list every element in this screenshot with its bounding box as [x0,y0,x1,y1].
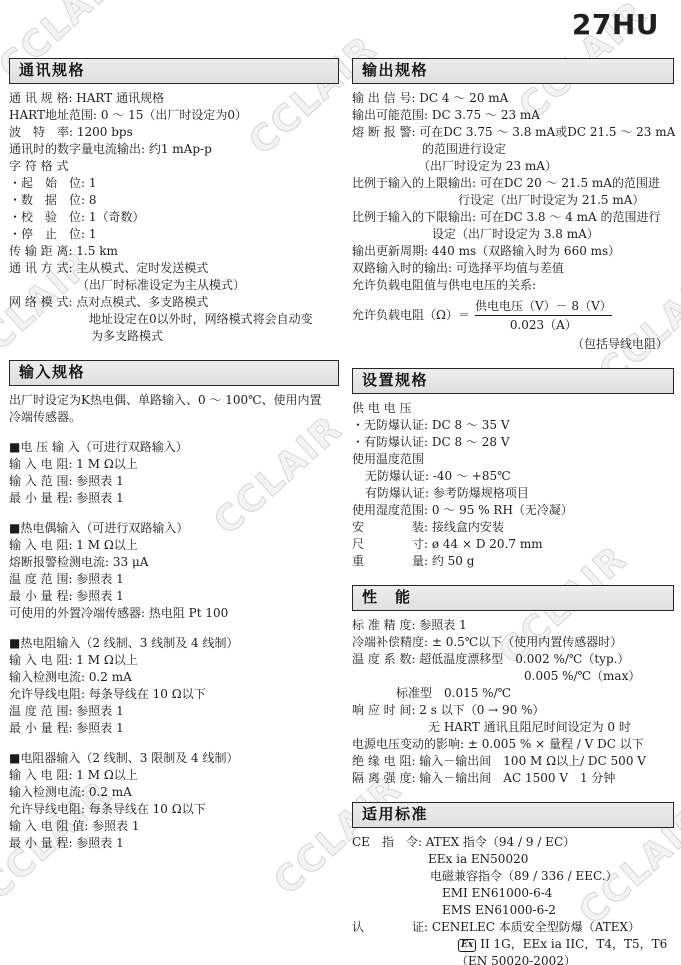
formula-fraction: 供电电压（V）－ 8（V）0.023（A） [475,297,612,334]
section-header: 输出规格 [352,58,674,84]
section-body: 出厂时设定为K热电偶、单路输入、0 ～ 100℃、使用内置冷端传感器。■电 压 … [9,386,339,852]
spec-line: 认 证: CENELEC 本质安全型防爆（ATEX） [352,919,674,936]
load-resistance-formula: 允许负载电阻（Ω）＝供电电压（V）－ 8（V）0.023（A） [352,294,674,336]
spec-line: 通讯时的数字量电流输出: 约1 mAp-p [9,141,339,158]
spec-line: 重 量: 约 50 g [352,553,674,570]
spec-line: 可使用的外置冷端传感器: 热电阻 Pt 100 [9,605,339,622]
section-right-0: 输出规格输 出 信 号: DC 4 ～ 20 mA输出可能范围: DC 3.75… [352,58,674,353]
spec-line: EMI EN61000-6-4 [352,885,674,902]
spec-line: 响 应 时 间: 2 s 以下（0 → 90 %） [352,702,674,719]
section-left-0: 通讯规格通 讯 规 格: HART 通讯规格HART地址范围: 0 ～ 15（出… [9,58,339,345]
spec-line: 标 准 精 度: 参照表 1 [352,617,674,634]
spec-line: ■电 压 输 入（可进行双路输入） [9,439,339,456]
spec-line: CE 指 令: ATEX 指令（94 / 9 / EC） [352,834,674,851]
spec-line: 使用温度范围 [352,451,674,468]
section-body: 标 准 精 度: 参照表 1冷端补偿精度: ± 0.5℃以下（使用内置传感器时）… [352,611,674,787]
spec-line: 的范围进行设定 [352,141,674,158]
spec-line: 通 讯 规 格: HART 通讯规格 [9,90,339,107]
spec-line: 输 出 信 号: DC 4 ～ 20 mA [352,90,674,107]
spec-line: 传 输 距 离: 1.5 km [9,243,339,260]
spec-line: ・数 据 位: 8 [9,192,339,209]
spec-line: 行设定（出厂时设定为 21.5 mA） [352,192,674,209]
spec-line: 允许负载电阻值与供电电压的关系: [352,277,674,294]
section-right-2: 性 能标 准 精 度: 参照表 1冷端补偿精度: ± 0.5℃以下（使用内置传感… [352,585,674,787]
spec-line: 输 入 范 围: 参照表 1 [9,473,339,490]
spec-line: 熔断报警检测电流: 33 μA [9,554,339,571]
spec-line: 无 HART 通讯且阻尼时间设定为 0 时 [352,719,674,736]
spec-line: 电磁兼容指令（89 / 336 / EEC.） [352,868,674,885]
section-body: CE 指 令: ATEX 指令（94 / 9 / EC）EEx ia EN500… [352,828,674,965]
spec-line: ・校 验 位: 1（奇数） [9,209,339,226]
spec-line: 冷端传感器。 [9,409,339,426]
spec-line: 输入检测电流: 0.2 mA [9,669,339,686]
spec-line: ・起 始 位: 1 [9,175,339,192]
spec-line: 0.005 %/℃（max） [352,668,674,685]
atex-ex-mark-icon: Ex [458,939,476,952]
spec-line: 设定（出厂时设定为 3.8 mA） [352,226,674,243]
spec-line: 尺 寸: ø 44 × D 20.7 mm [352,536,674,553]
spec-line: 最 小 量 程: 参照表 1 [9,490,339,507]
spec-line: 允许导线电阻: 每条导线在 10 Ω以下 [9,801,339,818]
paragraph-gap [9,622,339,635]
spec-line: 标准型 0.015 %/℃ [352,685,674,702]
spec-line: 波 特 率: 1200 bps [9,124,339,141]
spec-line: 地址设定在0以外时，网络模式将会自动变 [9,311,339,328]
spec-line: 输 入 电 阻: 1 M Ω以上 [9,767,339,784]
right-column: 输出规格输 出 信 号: DC 4 ～ 20 mA输出可能范围: DC 3.75… [352,58,674,965]
spec-line: 熔 断 报 警: 可在DC 3.75 ～ 3.8 mA或DC 21.5 ～ 23… [352,124,674,141]
spec-line: 绝 缘 电 阻: 输入－输出间 100 M Ω以上/ DC 500 V [352,753,674,770]
paragraph-gap [9,426,339,439]
spec-line: EEx ia EN50020 [352,851,674,868]
formula-numerator: 供电电压（V）－ 8（V） [475,297,612,315]
spec-line: （出厂时标准设定为主从模式） [9,277,339,294]
spec-line: 允许导线电阻: 每条导线在 10 Ω以下 [9,686,339,703]
spec-line: 供 电 电 压 [352,400,674,417]
spec-line: 输 入 电 阻: 1 M Ω以上 [9,652,339,669]
spec-line: 通 讯 方 式: 主从模式、定时发送模式 [9,260,339,277]
section-header: 通讯规格 [9,58,339,84]
spec-line: 隔 离 强 度: 输入－输出间 AC 1500 V 1 分钟 [352,770,674,787]
spec-line: 输 入 电 阻: 1 M Ω以上 [9,456,339,473]
spec-line: 最 小 量 程: 参照表 1 [9,588,339,605]
spec-line: ■热电偶输入（可进行双路输入） [9,520,339,537]
section-header: 性 能 [352,585,674,611]
spec-line: 冷端补偿精度: ± 0.5℃以下（使用内置传感器时） [352,634,674,651]
section-right-1: 设置规格供 电 电 压・无防爆认证: DC 8 ～ 35 V・有防爆认证: DC… [352,368,674,570]
section-left-1: 输入规格出厂时设定为K热电偶、单路输入、0 ～ 100℃、使用内置冷端传感器。■… [9,360,339,852]
spec-line: 出厂时设定为K热电偶、单路输入、0 ～ 100℃、使用内置 [9,392,339,409]
spec-line: ExII 1G，EEx ia IIC，T4，T5，T6 [352,936,674,953]
spec-line: 输入检测电流: 0.2 mA [9,784,339,801]
spec-line: EMS EN61000-6-2 [352,902,674,919]
spec-line: 为多支路模式 [9,328,339,345]
spec-line: 输出更新周期: 440 ms（双路输入时为 660 ms） [352,243,674,260]
section-header: 输入规格 [9,360,339,386]
spec-line: 字 符 格 式 [9,158,339,175]
page-title: 27HU [572,8,659,41]
spec-line: （EN 50020-2002） [352,953,674,965]
spec-line: 最 小 量 程: 参照表 1 [9,720,339,737]
spec-line: 输 入 电 阻: 1 M Ω以上 [9,537,339,554]
spec-line: 有防爆认证: 参考防爆规格项目 [352,485,674,502]
spec-line: 无防爆认证: -40 ～ +85℃ [352,468,674,485]
left-column: 通讯规格通 讯 规 格: HART 通讯规格HART地址范围: 0 ～ 15（出… [9,58,339,852]
spec-line: 双路输入时的输出: 可选择平均值与差值 [352,260,674,277]
spec-line: 使用湿度范围: 0 ～ 95 % RH（无冷凝） [352,502,674,519]
spec-line: 网 络 模 式: 点对点模式、多支路模式 [9,294,339,311]
spec-line: 输出可能范围: DC 3.75 ～ 23 mA [352,107,674,124]
spec-line: ・无防爆认证: DC 8 ～ 35 V [352,417,674,434]
spec-line: 温 度 范 围: 参照表 1 [9,703,339,720]
spec-line-text: II 1G，EEx ia IIC，T4，T5，T6 [480,937,667,951]
spec-line: ■电阻器输入（2 线制、3 限制及 4 线制） [9,750,339,767]
spec-line: 温 度 系 数: 超低温度漂移型 0.002 %/℃（typ.） [352,651,674,668]
paragraph-gap [9,737,339,750]
spec-line: （出厂时设定为 23 mA） [352,158,674,175]
section-right-3: 适用标准CE 指 令: ATEX 指令（94 / 9 / EC）EEx ia E… [352,802,674,965]
spec-line: HART地址范围: 0 ～ 15（出厂时设定为0） [9,107,339,124]
formula-denominator: 0.023（A） [475,315,612,334]
spec-line: 温 度 范 围: 参照表 1 [9,571,339,588]
formula-lhs: 允许负载电阻（Ω）＝ [352,307,470,324]
spec-line: 比例于输入的上限输出: 可在DC 20 ～ 21.5 mA的范围进 [352,175,674,192]
spec-line: 安 装: 接线盒内安装 [352,519,674,536]
section-body: 供 电 电 压・无防爆认证: DC 8 ～ 35 V・有防爆认证: DC 8 ～… [352,394,674,570]
section-body: 输 出 信 号: DC 4 ～ 20 mA输出可能范围: DC 3.75 ～ 2… [352,84,674,353]
section-header: 适用标准 [352,802,674,828]
spec-line: ・停 止 位: 1 [9,226,339,243]
paragraph-gap [9,507,339,520]
spec-line: ■热电阻输入（2 线制、3 线制及 4 线制） [9,635,339,652]
spec-line: （包括导线电阻） [352,336,674,353]
section-body: 通 讯 规 格: HART 通讯规格HART地址范围: 0 ～ 15（出厂时设定… [9,84,339,345]
spec-line: 输 入 电 阻 值: 参照表 1 [9,818,339,835]
spec-line: 比例于输入的下限输出: 可在DC 3.8 ～ 4 mA 的范围进行 [352,209,674,226]
section-header: 设置规格 [352,368,674,394]
spec-line: 最 小 量 程: 参照表 1 [9,835,339,852]
spec-line: ・有防爆认证: DC 8 ～ 28 V [352,434,674,451]
spec-line: 电源电压变动的影响: ± 0.005 % × 量程 / V DC 以下 [352,736,674,753]
